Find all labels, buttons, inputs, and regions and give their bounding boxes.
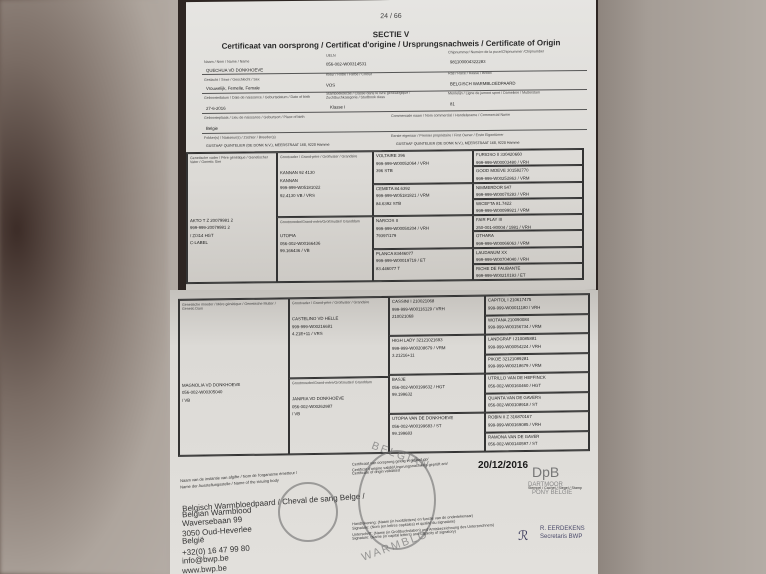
dob-value: 27-6-2016 [206, 106, 226, 111]
ancestor-detail: 056-002-W00140597 / ST [486, 439, 588, 448]
ancestor-detail: 999-999-W00011180 / VRH [486, 303, 588, 312]
ancestor-detail: 999-999-W00156734 / VRM [486, 322, 588, 331]
signatory-title: Secretaris BWP [540, 534, 582, 540]
sex-value: Vrouwelijk, Femelle, Female [206, 85, 260, 91]
breeder-value: GUSTAAF QUINTELIER (DE DONK N.V.), MEERS… [206, 143, 329, 148]
sex-label: Geslacht / Sexe / Geschlecht / Sex [204, 77, 260, 82]
ancestor-cell: FAIR PLAY III250-001-80004 / 1981 / VRH [473, 214, 583, 231]
first-owner-label: Eerste eigenaar / Premier propriétaire /… [391, 133, 503, 138]
ancestor-detail: 056-002-W00160460 / HGT [486, 381, 588, 390]
ancestor-cell: UTOPIA VAN DE DONKHOEVE056-002-W00199683… [389, 413, 485, 453]
grandsire-reg: 92.4130 VB / VRS [278, 191, 372, 200]
ancestor-cell: QUANTA VAN DE GAVERS056-002-W00108918 / … [485, 392, 589, 413]
bwp-stamp-icon [278, 482, 338, 542]
ueln-value: 056-002-W00314531 [326, 61, 366, 66]
dam-grandsire-cell: Grootvader / Grand-père / Großvater / Gr… [289, 297, 389, 378]
colour-label: Kleur / Robe / Farbe / Colour [326, 72, 372, 76]
name-label: Naam / Nom / Name / Name [204, 59, 249, 63]
ancestor-detail: 999-999-W00169085 / VRH [486, 420, 588, 429]
ancestor-cell: NIMMERDOR 547999-999-W00070283 / VRH [473, 181, 583, 198]
ancestor-cell: FURIOSO II 330420660999-999-W00003480 / … [473, 149, 583, 166]
pob-label: Geboorteplaats / Lieu de naissance / Geb… [204, 115, 304, 120]
ancestor-cell: WICEFTA 81.7422999-999-W00099921 / VRM [473, 198, 583, 215]
sire-cell: Genetische vader / Père génétique / Gene… [187, 152, 277, 283]
dam-pedigree-table: Genetische moeder / Mère génétique / Gen… [178, 293, 590, 457]
ancestor-cell: PIKOE 32121089281999-999-W00218679 / VRM [485, 353, 589, 374]
ancestor-cell: RICHE DE FAUBANTE999-999-W00210193 / ET [473, 263, 583, 280]
ancestor-detail: 84.6392 STB [374, 199, 472, 208]
text-line: België [182, 535, 205, 546]
chip-value: 981100004322283 [450, 59, 486, 64]
ancestor-cell: ROBIN II Z 316870167999-999-W00169085 / … [485, 411, 589, 432]
page-number: 24 / 66 [186, 11, 596, 22]
ancestor-detail: 396 STB [374, 166, 472, 175]
signatory-name: R. EERDEKENS [540, 526, 585, 532]
chip-label: Chipnummer/ Numéro de la puce/Chipnummer… [448, 49, 544, 54]
ancestor-detail: 999-999-W00210193 / ET [474, 271, 582, 280]
ancestor-detail: 3.21216+11 [390, 351, 484, 360]
signature-mark-icon: ℛ [518, 528, 528, 544]
certificate-page-top: 24 / 66 SECTIE V Certificaat van oorspro… [186, 0, 596, 294]
ancestor-detail: 99.199683 [390, 429, 484, 438]
granddam-label: Grootmoeder/Grand-mère/Großmutter/ Grand… [278, 217, 372, 226]
pob-value: Belgie [206, 126, 218, 131]
ancestor-cell: CASSINI I 210021068999-999-W00116129 / V… [389, 296, 485, 336]
ancestor-cell: LAUDANUM XX999-999-W00704040 / VRH [473, 246, 583, 263]
dpb-sub-2: PONY BELGIE [532, 490, 572, 497]
dpb-stamp: DpB [532, 464, 559, 480]
stamp-label: Stempel / Cachet / Siegel / Stamp [528, 486, 582, 490]
ancestor-cell: WOTANA 210090084999-999-W00156734 / VRM [485, 314, 589, 335]
breed-value: BELGISCH WARMBLOEDPAARD [450, 81, 515, 87]
background-right [598, 0, 766, 574]
ueln-label: UELN [326, 54, 336, 58]
dam-line-label: Merrielijn / Ligne de jument sport / Dam… [448, 90, 540, 95]
ancestor-detail: 79397/179 [374, 231, 472, 240]
dam-studbook: / VB [180, 395, 288, 404]
dob-label: Geboortedatum / Date de naissance / Gebu… [204, 95, 310, 100]
studbook-value: Klasse I [330, 104, 345, 109]
ancestor-detail: 99.199632 [390, 390, 484, 399]
granddam-reg: 99.166436 / VB [278, 247, 372, 256]
dam-granddam-reg: / VB [290, 409, 388, 418]
dam-line-value: 81 [450, 101, 455, 106]
ancestor-detail: 999-999-W00054224 / VRH [486, 342, 588, 351]
background-blur-left [0, 0, 168, 574]
ancestor-cell: RAMONA VAN DE GAVER056-002-W00140597 / S… [485, 431, 589, 452]
ancestor-detail: 210021068 [390, 312, 484, 321]
colour-value: VOS [326, 83, 335, 88]
ancestor-cell: LANDGRAF I 210085881999-999-W00054224 / … [485, 333, 589, 354]
dam-cell: Genetische moeder / Mère génétique / Gen… [179, 298, 289, 456]
breeder-label: Fokker(s) / Naisseur(s) / Züchter / Bree… [204, 135, 276, 140]
ancestor-cell: UTRILLO VAN DE HEFFINCK056-002-W00160460… [485, 372, 589, 393]
ancestor-cell: BASJE056-002-W00199632 / HGT99.199632 [389, 374, 485, 414]
ancestor-cell: CAPITOL I 210617475999-999-W00011180 / V… [485, 294, 589, 315]
name-value: QUECHUA VD DONKHOEVE [206, 67, 263, 73]
first-owner-value: GUSTAAF QUINTELIER (DE DONK N.V.), MEERS… [396, 141, 519, 146]
dam-granddam-label: Grootmoeder/Grand-mère/Großmutter/ Grand… [290, 378, 388, 388]
ancestor-cell: HIGH LADY 32121021693999-999-W00208679 /… [389, 335, 485, 375]
dam-grandsire-reg: 4.21E+11 / VRS [290, 329, 388, 338]
dam-grandsire-label: Grootvader / Grand-père / Großvater / Gr… [290, 298, 388, 308]
dam-label: Genetische moeder / Mère génétique / Gen… [180, 299, 288, 313]
commercial-name-label: Commerciale naam / Nom commercial / Hand… [391, 113, 510, 118]
validation-date: 20/12/2016 [478, 460, 528, 471]
grandsire-cell: Grootvader / Grand-père / Großvater / Gr… [277, 151, 373, 217]
ancestor-detail: 056-002-W00108918 / ST [486, 400, 588, 409]
ancestor-detail: 83.446077 T [374, 264, 472, 273]
sire-studbook: C-LABEL [188, 239, 276, 247]
ancestor-detail: 999-999-W00218679 / VRM [486, 361, 588, 370]
ancestor-cell: GOOD MOEVE 301582770999-999-W00252863 / … [473, 165, 583, 182]
ancestor-cell: PLANCA 83446077999-999-W00019719 / ET83.… [373, 248, 473, 282]
grandsire-label: Grootvader / Grand-père / Großvater / Gr… [278, 152, 372, 161]
ancestor-cell: OTHARA999-999-W00066063 / VRM [473, 230, 583, 247]
sire-pedigree-table: Genetische vader / Père génétique / Gene… [186, 148, 584, 284]
certificate-page-bottom: Genetische moeder / Mère génétique / Gen… [170, 290, 598, 574]
ancestor-cell: VOLTAIRE 396999-999-W00052064 / VRH396 S… [373, 150, 473, 184]
ancestor-cell: NARCOS II999-999-W00050204 / VRH79397/17… [373, 215, 473, 249]
ancestor-cell: CEMETA 84.6392999-999-W05181821 / VRM84.… [373, 183, 473, 217]
sire-label: Genetische vader / Père génétique / Gene… [188, 153, 276, 167]
granddam-cell: Grootmoeder/Grand-mère/Großmutter/ Grand… [277, 216, 373, 282]
breed-label: Ras / Race / Rasse / Breed [448, 71, 492, 75]
studbook-label: Stamboeksectie / Classe dans le livre gé… [326, 91, 436, 100]
